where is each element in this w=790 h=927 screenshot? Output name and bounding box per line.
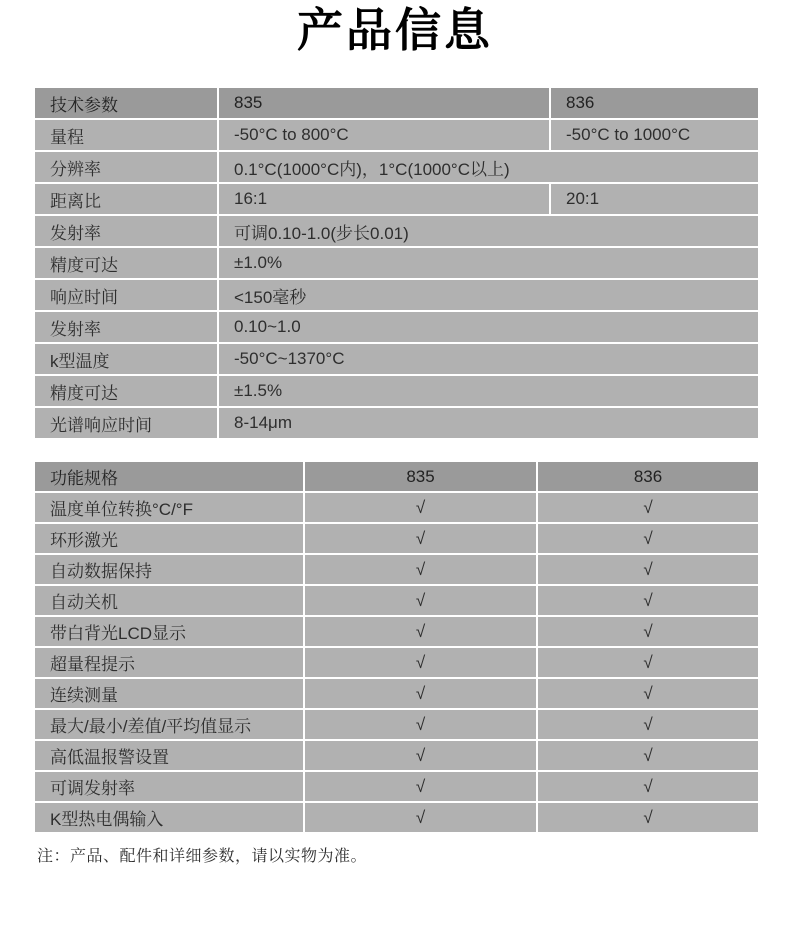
page-title: 产品信息 (0, 2, 790, 58)
feature-label: 超量程提示 (35, 648, 303, 677)
feature-label: 自动关机 (35, 586, 303, 615)
feature-header-835: 835 (305, 462, 536, 491)
table-row: K型热电偶输入 √ √ (35, 803, 758, 832)
feature-check-836: √ (538, 555, 758, 584)
param-value: 0.10~1.0 (219, 312, 758, 342)
feature-header-label: 功能规格 (35, 462, 303, 491)
table-row: 带白背光LCD显示 √ √ (35, 617, 758, 646)
feature-label: 最大/最小/差值/平均值显示 (35, 710, 303, 739)
feature-header-836: 836 (538, 462, 758, 491)
table-row: 高低温报警设置 √ √ (35, 741, 758, 770)
feature-label: 高低温报警设置 (35, 741, 303, 770)
feature-check-835: √ (305, 679, 536, 708)
table-row: 响应时间 <150毫秒 (35, 280, 758, 310)
param-value-835: 16:1 (219, 184, 549, 214)
feature-label: 自动数据保持 (35, 555, 303, 584)
table-row: 分辨率 0.1°C(1000°C内)，1°C(1000°C以上) (35, 152, 758, 182)
param-value: 8-14μm (219, 408, 758, 438)
tech-header-836: 836 (551, 88, 758, 118)
table-row: 精度可达 ±1.5% (35, 376, 758, 406)
table-row: 连续测量 √ √ (35, 679, 758, 708)
feature-check-836: √ (538, 493, 758, 522)
tech-header-label: 技术参数 (35, 88, 217, 118)
param-value-836: -50°C to 1000°C (551, 120, 758, 150)
feature-check-835: √ (305, 524, 536, 553)
feature-check-836: √ (538, 710, 758, 739)
feature-check-835: √ (305, 648, 536, 677)
feature-check-835: √ (305, 803, 536, 832)
table-row: 环形激光 √ √ (35, 524, 758, 553)
feature-check-835: √ (305, 617, 536, 646)
table-row: 光谱响应时间 8-14μm (35, 408, 758, 438)
tech-header-835: 835 (219, 88, 549, 118)
param-value: -50°C~1370°C (219, 344, 758, 374)
param-label: 距离比 (35, 184, 217, 214)
disclaimer-note: 注：产品、配件和详细参数，请以实物为准。 (37, 843, 367, 866)
feature-check-835: √ (305, 493, 536, 522)
param-label: 光谱响应时间 (35, 408, 217, 438)
table-row: 最大/最小/差值/平均值显示 √ √ (35, 710, 758, 739)
param-label: 量程 (35, 120, 217, 150)
param-value-836: 20:1 (551, 184, 758, 214)
feature-check-835: √ (305, 586, 536, 615)
param-value: ±1.5% (219, 376, 758, 406)
table-row: 发射率 0.10~1.0 (35, 312, 758, 342)
feature-check-836: √ (538, 524, 758, 553)
param-value: 可调0.10-1.0(步长0.01) (219, 216, 758, 246)
feature-label: K型热电偶输入 (35, 803, 303, 832)
feature-label: 带白背光LCD显示 (35, 617, 303, 646)
table-row: 超量程提示 √ √ (35, 648, 758, 677)
table-row: 温度单位转换°C/°F √ √ (35, 493, 758, 522)
feature-check-835: √ (305, 555, 536, 584)
feature-label: 可调发射率 (35, 772, 303, 801)
param-label: 分辨率 (35, 152, 217, 182)
param-label: 响应时间 (35, 280, 217, 310)
param-value-835: -50°C to 800°C (219, 120, 549, 150)
table-row: 距离比 16:1 20:1 (35, 184, 758, 214)
feature-specs-table: 功能规格 835 836 温度单位转换°C/°F √ √ 环形激光 √ √ 自动… (33, 460, 760, 834)
feature-label: 连续测量 (35, 679, 303, 708)
param-value: <150毫秒 (219, 280, 758, 310)
param-label: k型温度 (35, 344, 217, 374)
feature-check-836: √ (538, 772, 758, 801)
param-label: 发射率 (35, 216, 217, 246)
table-row: k型温度 -50°C~1370°C (35, 344, 758, 374)
feature-label: 环形激光 (35, 524, 303, 553)
feature-check-835: √ (305, 710, 536, 739)
feature-check-836: √ (538, 617, 758, 646)
table-row: 发射率 可调0.10-1.0(步长0.01) (35, 216, 758, 246)
feature-check-836: √ (538, 586, 758, 615)
param-label: 发射率 (35, 312, 217, 342)
feature-label: 温度单位转换°C/°F (35, 493, 303, 522)
feature-check-836: √ (538, 679, 758, 708)
param-label: 精度可达 (35, 376, 217, 406)
param-label: 精度可达 (35, 248, 217, 278)
feature-header-row: 功能规格 835 836 (35, 462, 758, 491)
product-info-page: 产品信息 技术参数 835 836 量程 -50°C to 800°C -50°… (0, 0, 790, 927)
feature-check-835: √ (305, 741, 536, 770)
table-row: 量程 -50°C to 800°C -50°C to 1000°C (35, 120, 758, 150)
feature-check-836: √ (538, 648, 758, 677)
tech-specs-table: 技术参数 835 836 量程 -50°C to 800°C -50°C to … (33, 86, 760, 440)
table-row: 自动关机 √ √ (35, 586, 758, 615)
feature-check-836: √ (538, 803, 758, 832)
table-row: 精度可达 ±1.0% (35, 248, 758, 278)
tech-header-row: 技术参数 835 836 (35, 88, 758, 118)
param-value: ±1.0% (219, 248, 758, 278)
feature-check-836: √ (538, 741, 758, 770)
param-value: 0.1°C(1000°C内)，1°C(1000°C以上) (219, 152, 758, 182)
feature-check-835: √ (305, 772, 536, 801)
table-row: 自动数据保持 √ √ (35, 555, 758, 584)
table-row: 可调发射率 √ √ (35, 772, 758, 801)
